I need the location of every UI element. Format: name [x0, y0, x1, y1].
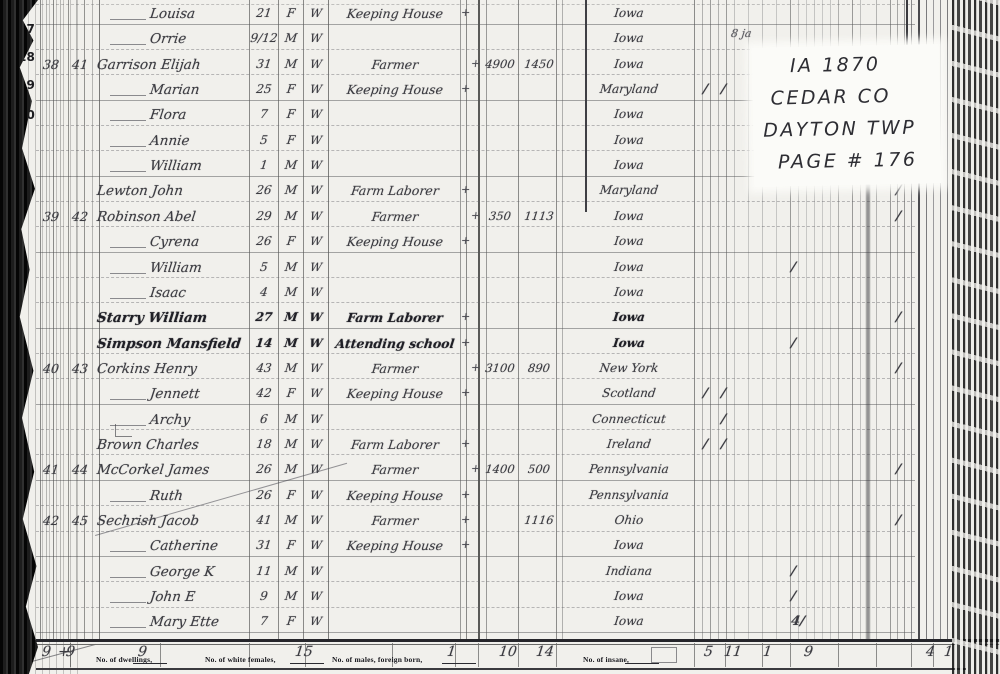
ditto-dash — [110, 627, 146, 628]
personal-estate-value: 1113 — [518, 209, 560, 223]
person-name: Isaac — [149, 285, 187, 301]
occupation-checkmark: + — [460, 310, 471, 323]
form-row-rule — [36, 429, 915, 430]
birthplace: Iowa — [564, 158, 694, 172]
age-value: 26 — [249, 462, 279, 476]
person-name: Garrison Elijah — [96, 57, 201, 73]
footer-rule-light — [36, 644, 1000, 645]
birthplace: Iowa — [564, 234, 694, 248]
tally-mark: / — [790, 589, 797, 604]
tally-mark: / — [790, 336, 797, 351]
color-value: W — [304, 234, 328, 248]
person-name: Sechrish Jacob — [96, 513, 200, 529]
bottom-rule — [36, 668, 966, 670]
person-name: Starry William — [96, 310, 208, 326]
birthplace: Iowa — [564, 133, 694, 147]
sex-value: M — [280, 361, 302, 375]
ditto-dash — [110, 501, 146, 502]
person-name: McCorkel James — [96, 462, 210, 478]
occupation-checkmark: + — [460, 183, 471, 196]
sex-value: M — [280, 310, 302, 324]
color-value: W — [304, 386, 328, 400]
occupation-checkmark: + — [460, 488, 471, 501]
form-column-rule — [478, 0, 480, 640]
ditto-dash — [110, 247, 146, 248]
ditto-dash — [110, 577, 146, 578]
ditto-dash — [110, 425, 146, 426]
age-value: 31 — [249, 57, 279, 71]
person-name: Mary Ette — [149, 614, 220, 630]
sex-value: F — [280, 82, 302, 96]
occupation: Keeping House — [329, 538, 461, 553]
age-value: 11 — [249, 564, 279, 578]
scan-edge-streaks — [28, 0, 78, 674]
form-column-rule — [718, 0, 719, 640]
sex-value: M — [280, 412, 302, 426]
form-row-rule — [36, 328, 915, 329]
color-value: W — [304, 57, 328, 71]
family-number: 44 — [65, 462, 95, 477]
birthplace: Scotland — [564, 386, 694, 400]
form-row-rule — [36, 252, 915, 253]
occupation-checkmark: + — [470, 361, 481, 374]
person-name: Flora — [149, 107, 187, 123]
dwelling-number: 42 — [37, 513, 65, 528]
form-column-rule — [518, 643, 519, 667]
form-row-rule — [36, 226, 915, 227]
sex-value: M — [280, 260, 302, 274]
label-line: PAGE # 176 — [778, 149, 918, 174]
person-name: Annie — [149, 133, 190, 149]
age-value: 25 — [249, 82, 279, 96]
birthplace: Iowa — [564, 260, 694, 274]
age-value: 26 — [249, 488, 279, 502]
birthplace: Connecticut — [564, 412, 694, 426]
ditto-dash — [110, 19, 146, 20]
form-column-rule — [710, 0, 711, 640]
form-column-rule — [748, 0, 749, 640]
person-name: George K — [149, 564, 215, 580]
person-name: Louisa — [149, 6, 196, 22]
age-value: 21 — [249, 6, 279, 20]
sex-value: M — [280, 209, 302, 223]
birthplace: Iowa — [564, 285, 694, 299]
person-name: Orrie — [149, 31, 187, 47]
color-value: W — [304, 285, 328, 299]
form-column-rule — [556, 0, 557, 640]
form-column-rule — [478, 643, 479, 667]
person-name: Marian — [149, 82, 200, 98]
occupation: Farmer — [329, 209, 461, 224]
form-column-rule — [278, 0, 279, 640]
form-column-rule — [562, 0, 563, 640]
person-name: Catherine — [149, 538, 219, 554]
occupation: Keeping House — [329, 6, 461, 21]
birthplace: Ireland — [564, 437, 694, 451]
occupation-checkmark: + — [460, 234, 471, 247]
age-value: 5 — [249, 133, 279, 147]
form-column-rule — [911, 643, 912, 667]
sex-value: M — [280, 285, 302, 299]
occupation: Keeping House — [329, 488, 461, 503]
occupation: Attending school — [329, 336, 461, 351]
occupation: Farm Laborer — [329, 437, 461, 452]
color-value: W — [304, 260, 328, 274]
sex-value: M — [280, 336, 302, 350]
tally-mark: / — [895, 462, 902, 477]
age-value: 9/12 — [249, 31, 279, 45]
tally-mark: / — [702, 437, 709, 452]
form-row-rule — [36, 24, 915, 25]
footer-blank-line — [290, 663, 324, 664]
birthplace: Pennsylvania — [564, 488, 694, 502]
person-name: William — [149, 260, 203, 276]
color-value: W — [304, 564, 328, 578]
birthplace: Maryland — [564, 82, 694, 96]
occupation-checkmark: + — [470, 57, 481, 70]
color-value: W — [304, 133, 328, 147]
birthplace: Indiana — [564, 564, 694, 578]
age-value: 31 — [249, 538, 279, 552]
age-value: 9 — [249, 589, 279, 603]
sex-value: M — [280, 437, 302, 451]
form-column-rule — [556, 643, 557, 667]
form-row-rule — [36, 4, 915, 5]
birthplace: Iowa — [564, 209, 694, 223]
tally-mark: / — [895, 310, 902, 325]
age-value: 43 — [249, 361, 279, 375]
occupation-checkmark: + — [470, 462, 481, 475]
stray-mark: 8 ja — [730, 27, 752, 40]
tally-mark: / — [895, 361, 902, 376]
sex-value: F — [280, 107, 302, 121]
scan-smear — [866, 150, 870, 640]
age-value: 7 — [249, 107, 279, 121]
dwelling-number: 40 — [37, 361, 65, 376]
ditto-dash — [110, 298, 146, 299]
family-number: 42 — [65, 209, 95, 224]
sex-value: M — [280, 31, 302, 45]
sex-value: F — [280, 6, 302, 20]
birthplace: New York — [564, 361, 694, 375]
form-row-rule — [36, 556, 915, 557]
ditto-dash — [110, 399, 146, 400]
form-row-rule — [36, 353, 915, 354]
dwelling-number: 41 — [37, 462, 65, 477]
sex-value: F — [280, 386, 302, 400]
real-estate-value: 1400 — [482, 462, 518, 476]
footer-blank-line — [442, 663, 476, 664]
birthplace: Iowa — [564, 310, 694, 324]
family-number: 43 — [65, 361, 95, 376]
label-line: IA 1870 — [790, 53, 881, 77]
tally-mark: / — [790, 564, 797, 579]
birthplace: Iowa — [564, 31, 694, 45]
footer-printed-value: 15 — [294, 644, 314, 660]
footer-tally: 10 — [498, 644, 518, 660]
label-line: CEDAR CO — [770, 85, 891, 110]
age-value: 18 — [249, 437, 279, 451]
ditto-dash — [110, 44, 146, 45]
occupation-checkmark: + — [460, 538, 471, 551]
sex-value: F — [280, 133, 302, 147]
occupation-checkmark: + — [460, 513, 471, 526]
sex-value: M — [280, 183, 302, 197]
form-row-rule — [36, 632, 915, 633]
person-name: Cyrena — [149, 234, 200, 250]
color-value: W — [304, 589, 328, 603]
real-estate-value: 4900 — [482, 57, 518, 71]
dwelling-number: 38 — [37, 57, 65, 72]
footer-tally: 11 — [723, 644, 743, 660]
color-value: W — [304, 310, 328, 324]
form-column-rule — [694, 643, 695, 667]
age-value: 26 — [249, 234, 279, 248]
color-value: W — [304, 538, 328, 552]
birthplace: Iowa — [564, 57, 694, 71]
footer-tally: 5 — [703, 644, 714, 660]
age-value: 4 — [249, 285, 279, 299]
person-name: William — [149, 158, 203, 174]
form-column-rule — [838, 643, 839, 667]
color-value: W — [304, 488, 328, 502]
occupation-checkmark: + — [460, 336, 471, 349]
color-value: W — [304, 412, 328, 426]
occupation: Farm Laborer — [329, 310, 461, 325]
family-number: 45 — [65, 513, 95, 528]
occupation: Farm Laborer — [329, 183, 461, 198]
form-row-rule — [36, 581, 915, 582]
age-value: 27 — [249, 310, 279, 324]
occupation: Farmer — [329, 57, 461, 72]
person-name: Brown Charles — [96, 437, 200, 453]
birthplace: Pennsylvania — [564, 462, 694, 476]
form-column-rule — [518, 0, 519, 640]
color-value: W — [304, 82, 328, 96]
footer-printed-value: 9 — [137, 644, 148, 660]
stray-bracket — [115, 424, 132, 437]
sex-value: M — [280, 57, 302, 71]
person-name: Jennett — [149, 386, 201, 402]
occupation: Keeping House — [329, 234, 461, 249]
birthplace: Iowa — [564, 538, 694, 552]
form-row-rule — [36, 607, 915, 608]
tally-mark: / — [895, 183, 902, 198]
form-row-rule — [36, 277, 915, 278]
tally-mark: / — [895, 209, 902, 224]
tally-mark: / — [790, 260, 797, 275]
sex-value: F — [280, 538, 302, 552]
form-row-rule — [36, 378, 915, 379]
birthplace: Maryland — [564, 183, 694, 197]
person-name: Robinson Abel — [96, 209, 197, 225]
footer-tally: 9 — [65, 644, 76, 660]
birthplace: Iowa — [564, 107, 694, 121]
form-column-rule — [940, 0, 941, 640]
form-column-rule — [486, 0, 487, 640]
occupation: Keeping House — [329, 386, 461, 401]
tally-mark: / — [895, 513, 902, 528]
sex-value: M — [280, 462, 302, 476]
color-value: W — [304, 31, 328, 45]
footer-printed-value: 1 — [446, 644, 457, 660]
form-column-rule — [734, 0, 735, 640]
footer-printed-label: No. of white females, — [205, 655, 276, 664]
age-value: 6 — [249, 412, 279, 426]
color-value: W — [304, 6, 328, 20]
occupation-checkmark: + — [460, 82, 471, 95]
form-row-rule — [36, 505, 915, 506]
occupation: Farmer — [329, 361, 461, 376]
footer-tally: 1 — [762, 644, 773, 660]
color-value: W — [304, 107, 328, 121]
form-column-rule — [726, 0, 727, 640]
color-value: W — [304, 614, 328, 628]
color-value: W — [304, 336, 328, 350]
color-value: W — [304, 437, 328, 451]
age-value: 42 — [249, 386, 279, 400]
ditto-dash — [110, 120, 146, 121]
color-value: W — [304, 462, 328, 476]
occupation-checkmark: + — [460, 437, 471, 450]
color-value: W — [304, 183, 328, 197]
color-value: W — [304, 513, 328, 527]
tally-mark: 4/ — [790, 614, 806, 629]
footer-tally: 9 — [803, 644, 814, 660]
footer-tally: 9 — [41, 644, 52, 660]
sex-value: F — [280, 234, 302, 248]
color-value: W — [304, 158, 328, 172]
person-name: Simpson Mansfield — [96, 336, 242, 352]
sex-value: M — [280, 158, 302, 172]
tally-mark: / — [702, 82, 709, 97]
form-column-rule — [694, 0, 695, 640]
person-name: John E — [149, 589, 196, 605]
footer-tally: 4 — [925, 644, 936, 660]
form-column-rule — [876, 643, 877, 667]
sex-value: M — [280, 589, 302, 603]
person-name: Corkins Henry — [96, 361, 198, 377]
ditto-dash — [110, 95, 146, 96]
personal-estate-value: 890 — [518, 361, 560, 375]
age-value: 5 — [249, 260, 279, 274]
footer-printed-label: No. of males, foreign born, — [332, 655, 422, 664]
footer-blank-line — [133, 663, 167, 664]
age-value: 41 — [249, 513, 279, 527]
color-value: W — [304, 361, 328, 375]
occupation-checkmark: + — [460, 6, 471, 19]
person-name: Ruth — [149, 488, 184, 504]
sex-value: M — [280, 564, 302, 578]
age-value: 14 — [249, 336, 279, 350]
age-value: 7 — [249, 614, 279, 628]
scan-right-edge-texture — [952, 0, 1000, 674]
personal-estate-value: 1116 — [518, 513, 560, 527]
family-number: 41 — [65, 57, 95, 72]
dwelling-number: 39 — [37, 209, 65, 224]
personal-estate-value: 500 — [518, 462, 560, 476]
person-name: Archy — [149, 412, 191, 428]
birthplace: Iowa — [564, 589, 694, 603]
footer-rule-heavy — [36, 639, 1000, 642]
ditto-dash — [110, 146, 146, 147]
tally-mark: / — [702, 386, 709, 401]
ditto-dash — [110, 551, 146, 552]
label-line: DAYTON TWP — [763, 117, 916, 142]
age-value: 29 — [249, 209, 279, 223]
age-value: 1 — [249, 158, 279, 172]
archive-label-card: IA 1870 CEDAR CO DAYTON TWP PAGE # 176 — [752, 44, 942, 187]
sex-value: F — [280, 488, 302, 502]
color-value: W — [304, 209, 328, 223]
person-name: Lewton John — [96, 183, 184, 199]
form-column-rule — [84, 0, 85, 640]
occupation-checkmark: + — [460, 386, 471, 399]
census-scan-page: Louisa21FWKeeping House+IowaOrrie9/12MWI… — [0, 0, 1000, 674]
age-value: 26 — [249, 183, 279, 197]
occupation: Farmer — [329, 513, 461, 528]
birthplace: Iowa — [564, 336, 694, 350]
real-estate-value: 3100 — [482, 361, 518, 375]
personal-estate-value: 1450 — [518, 57, 560, 71]
birthplace: Ohio — [564, 513, 694, 527]
ditto-dash — [110, 171, 146, 172]
form-column-rule — [947, 0, 948, 640]
form-column-rule — [92, 0, 93, 640]
ditto-dash — [110, 602, 146, 603]
sex-value: F — [280, 614, 302, 628]
form-column-rule — [790, 643, 791, 667]
form-row-rule — [36, 302, 915, 303]
form-row-rule — [36, 404, 915, 405]
form-row-rule — [36, 531, 915, 532]
stray-box-doodle — [651, 647, 677, 663]
sex-value: M — [280, 513, 302, 527]
occupation: Keeping House — [329, 82, 461, 97]
birthplace: Iowa — [564, 6, 694, 20]
real-estate-value: 350 — [482, 209, 518, 223]
occupation: Farmer — [329, 462, 461, 477]
form-row-rule — [36, 201, 915, 202]
form-row-rule — [36, 480, 915, 481]
ditto-dash — [110, 273, 146, 274]
occupation-checkmark: + — [470, 209, 481, 222]
footer-printed-label: No. of insane, — [583, 655, 629, 664]
birthplace: Iowa — [564, 614, 694, 628]
footer-blank-line — [625, 663, 659, 664]
footer-tally: 14 — [535, 644, 555, 660]
form-row-rule — [36, 454, 915, 455]
